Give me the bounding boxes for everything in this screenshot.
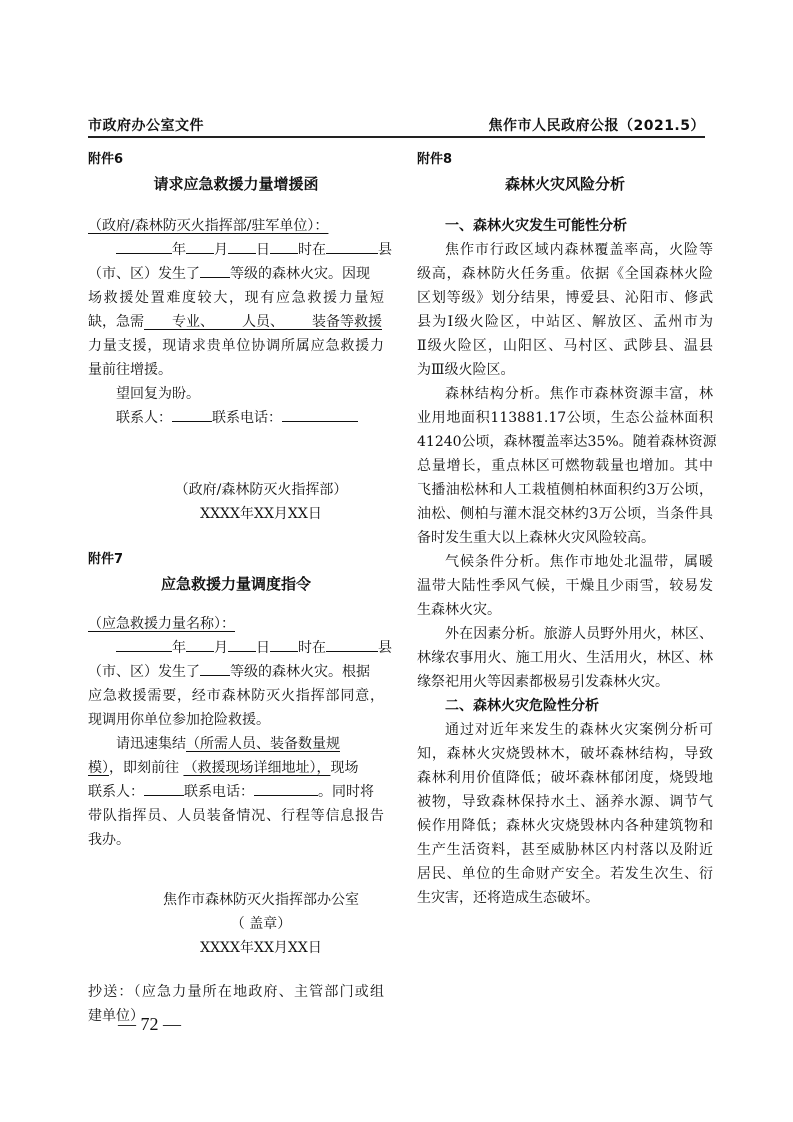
- attachment-6-signature: （政府/森林防灭火指挥部）: [88, 478, 384, 502]
- attachment-6-closing: 望回复为盼。: [88, 382, 384, 406]
- attachment-7-line: 现调用你单位参加抢险救援。: [88, 708, 384, 732]
- section-2-line: 生灾害，还将造成生态破坏。: [417, 886, 713, 910]
- section-2-heading: 二、森林火灾危险性分析: [417, 694, 713, 718]
- section-1-line: Ⅱ级火险区，山阳区、马村区、武陟县、温县: [417, 334, 713, 358]
- attachment-7-date: XXXX年XX月XX日: [88, 936, 384, 960]
- section-1-line: 为Ⅲ级火险区。: [417, 358, 713, 382]
- left-column: 附件6 请求应急救援力量增援函 （政府/森林防灭火指挥部/驻军单位）： 年月日时…: [88, 148, 384, 1028]
- attachment-7-line: 带队指挥员、人员装备情况、行程等信息报告: [88, 804, 384, 828]
- section-2-line: 生产生活资料，甚至威胁林区内村落以及附近: [417, 838, 713, 862]
- attachment-7-line: 联系人：联系电话：。同时将: [88, 780, 384, 804]
- attachment-7-line: 模），即刻前往 （救援现场详细地址），现场: [88, 756, 384, 780]
- structure-line: 油松、侧柏与灌木混交林约3万公顷，当条件具: [417, 502, 713, 526]
- structure-line: 总量增长，重点林区可燃物载量也增加。其中: [417, 454, 713, 478]
- attachment-7-line: （市、区）发生了等级的森林火灾。根据: [88, 660, 384, 684]
- attachment-6-line: 力量支援，现请求贵单位协调所属应急救援力: [88, 334, 384, 358]
- section-2-line: 通过对近年来发生的森林火灾案例分析可: [417, 718, 713, 742]
- attachment-6-contact: 联系人：联系电话：: [88, 406, 384, 430]
- attachment-7-date-line: 年月日时在县: [88, 636, 384, 660]
- section-1-heading: 一、森林火灾发生可能性分析: [417, 214, 713, 238]
- external-line: 缘祭祀用火等因素都极易引发森林火灾。: [417, 670, 713, 694]
- section-1-line: 级高，森林防火任务重。依据《全国森林火险: [417, 262, 713, 286]
- attachment-6-date: XXXX年XX月XX日: [88, 502, 384, 526]
- section-1-line: 县为Ⅰ级火险区，中站区、解放区、孟州市为: [417, 310, 713, 334]
- attachment-7-cc: 抄送：（应急力量所在地政府、主管部门或组: [88, 980, 384, 1004]
- external-line: 林缘农事用火、施工用火、生活用火，林区、林: [417, 646, 713, 670]
- attachment-7-line: 我办。: [88, 828, 384, 852]
- structure-line: 业用地面积113881.17公顷，生态公益林面积: [417, 406, 713, 430]
- section-2-line: 知，森林火灾烧毁林木，破坏森林结构，导致: [417, 742, 713, 766]
- section-1-line: 区划等级》划分结果，博爱县、沁阳市、修武: [417, 286, 713, 310]
- structure-line: 41240公顷，森林覆盖率达35%。随着森林资源: [417, 430, 713, 454]
- climate-line: 气候条件分析。焦作市地处北温带，属暖: [417, 550, 713, 574]
- attachment-7-title: 应急救援力量调度指令: [88, 572, 384, 600]
- attachment-7-line: 应急救援需要，经市森林防灭火指挥部同意，: [88, 684, 384, 708]
- structure-line: 备时发生重大以上森林火灾风险较高。: [417, 526, 713, 550]
- structure-line: 森林结构分析。焦作市森林资源丰富，林: [417, 382, 713, 406]
- attachment-6-title: 请求应急救援力量增援函: [88, 172, 384, 200]
- attachment-8-title: 森林火灾风险分析: [417, 172, 713, 200]
- section-2-line: 候作用降低；森林火灾烧毁林内各种建筑物和: [417, 814, 713, 838]
- attachment-7-signature: 焦作市森林防灭火指挥部办公室: [88, 888, 384, 912]
- attachment-6-line: 场救援处置难度较大，现有应急救援力量短: [88, 286, 384, 310]
- attachment-7-label: 附件7: [88, 548, 384, 572]
- attachment-6-line: 量前往增援。: [88, 358, 384, 382]
- right-column: 附件8 森林火灾风险分析 一、森林火灾发生可能性分析 焦作市行政区域内森林覆盖率…: [417, 148, 713, 910]
- attachment-7-line: 请迅速集结（所需人员、装备数量规: [88, 732, 384, 756]
- attachment-6-label: 附件6: [88, 148, 384, 172]
- attachment-6-line: 缺，急需 专业、 人员、 装备等救援: [88, 310, 384, 334]
- header-doc-type: 市政府办公室文件: [88, 115, 204, 135]
- external-line: 外在因素分析。旅游人员野外用火，林区、: [417, 622, 713, 646]
- structure-line: 飞播油松林和人工栽植侧柏林面积约3万公顷，: [417, 478, 713, 502]
- section-1-line: 焦作市行政区域内森林覆盖率高，火险等: [417, 238, 713, 262]
- attachment-7-seal: （ 盖章）: [88, 912, 384, 936]
- page-number: — 72 —: [118, 1014, 181, 1035]
- attachment-7-addressee: （应急救援力量名称）：: [88, 612, 384, 636]
- climate-line: 温带大陆性季风气候，干燥且少雨雪，较易发: [417, 574, 713, 598]
- attachment-6-line: （市、区）发生了等级的森林火灾。因现: [88, 262, 384, 286]
- attachment-8-label: 附件8: [417, 148, 713, 172]
- attachment-6-date-line: 年月日时在县: [88, 238, 384, 262]
- section-2-line: 居民、单位的生命财产安全。若发生次生、衍: [417, 862, 713, 886]
- section-2-line: 森林利用价值降低；破坏森林郁闭度，烧毁地: [417, 766, 713, 790]
- section-2-line: 被物，导致森林保持水土、涵养水源、调节气: [417, 790, 713, 814]
- page-header: 市政府办公室文件 焦作市人民政府公报（2021.5）: [88, 110, 705, 138]
- document-page: 市政府办公室文件 焦作市人民政府公报（2021.5） 附件6 请求应急救援力量增…: [0, 0, 793, 1122]
- header-gazette-title: 焦作市人民政府公报（2021.5）: [488, 115, 705, 135]
- attachment-6-addressee: （政府/森林防灭火指挥部/驻军单位）：: [88, 214, 384, 238]
- climate-line: 生森林火灾。: [417, 598, 713, 622]
